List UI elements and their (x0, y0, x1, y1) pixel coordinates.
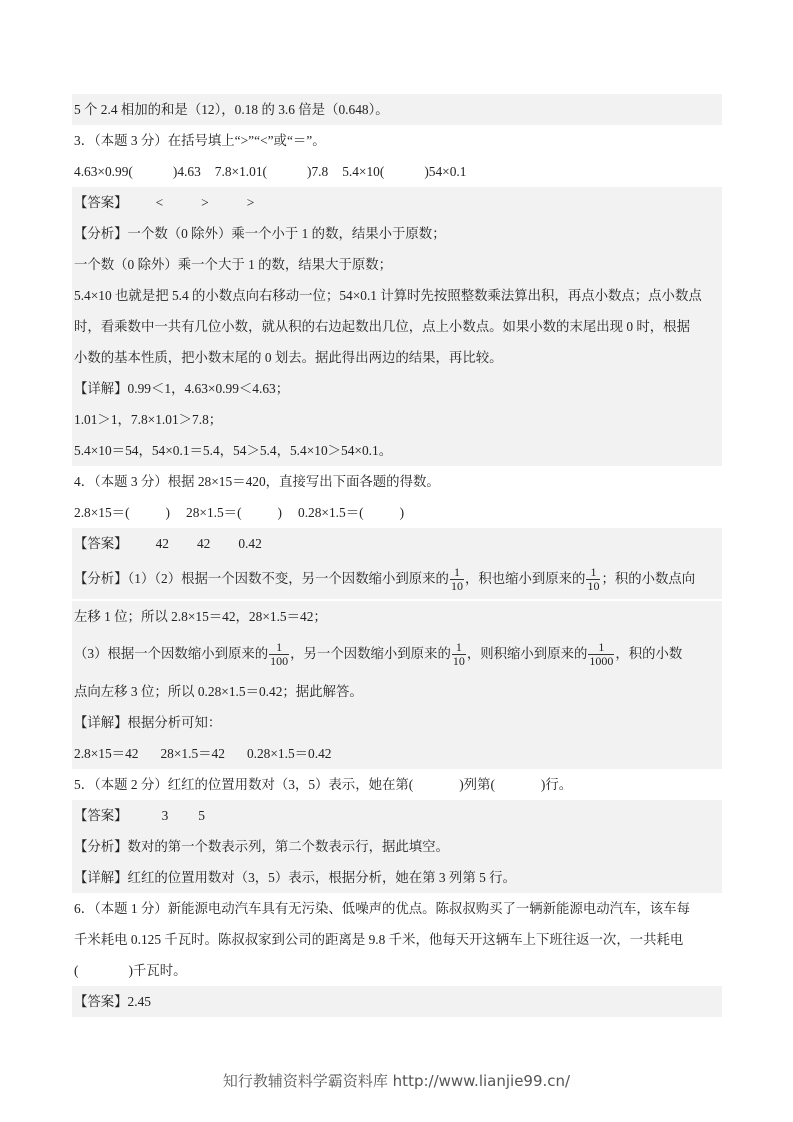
question-3-analysis-line: 小数的基本性质，把小数末尾的 0 划去。据此得出两边的结果，再比较。 (72, 342, 722, 373)
text: 0.28×1.5＝0.42 (247, 746, 332, 761)
question-4-detail-line: 2.8×15＝4228×1.5＝420.28×1.5＝0.42 (72, 738, 722, 769)
question-5-detail: 【详解】红红的位置用数对（3，5）表示，根据分析，她在第 3 列第 5 行。 (72, 862, 722, 893)
answer-label: 【答案】 (74, 536, 128, 551)
question-4-title: 4．（本题 3 分）根据 28×15＝420，直接写出下面各题的得数。 (72, 466, 722, 497)
q3-item: )7.8 (307, 164, 328, 179)
numerator: 1 (586, 566, 600, 580)
text: 2.8×15＝42 (74, 746, 138, 761)
text: 28×1.5＝42 (160, 746, 224, 761)
question-6-title-line: 6．（本题 1 分）新能源电动汽车具有无污染、低噪声的优点。陈叔叔购买了一辆新能… (72, 893, 722, 924)
text: 【分析】（1）（2）根据一个因数不变，另一个因数缩小到原来的 (74, 571, 449, 586)
answer-value: 42 (156, 536, 169, 551)
q4-item: ) (400, 505, 404, 520)
question-5-answer: 【答案】35 (72, 800, 722, 831)
answer-value: 3 (162, 808, 169, 823)
denominator: 10 (452, 655, 466, 668)
q3-item: 4.63×0.99( (74, 164, 133, 179)
numerator: 1 (450, 566, 464, 580)
answer-value: < (156, 195, 164, 210)
question-3-analysis-line: 5.4×10 也就是把 5.4 的小数点向右移动一位；54×0.1 计算时先按照… (72, 280, 722, 311)
fraction-1-10: 110 (450, 566, 464, 593)
question-4-answer: 【答案】42420.42 (72, 528, 722, 559)
q3-item: )54×0.1 (424, 164, 466, 179)
text: ，积的小数 (615, 646, 682, 661)
question-4-items: 2.8×15＝()28×1.5＝()0.28×1.5＝() (72, 497, 722, 528)
question-3-detail-line: 5.4×10＝54，54×0.1＝5.4，54＞5.4，5.4×10＞54×0.… (72, 435, 722, 466)
prev-answer-line: 5 个 2.4 相加的和是（12），0.18 的 3.6 倍是（0.648）。 (72, 94, 722, 125)
question-6-title-line: 千米耗电 0.125 千瓦时。陈叔叔家到公司的距离是 9.8 千米，他每天开这辆… (72, 924, 722, 955)
q4-item: 0.28×1.5＝( (298, 505, 364, 520)
text: ，另一个因数缩小到原来的 (290, 646, 451, 661)
numerator: 1 (269, 641, 289, 655)
denominator: 10 (586, 580, 600, 593)
document-page: 5 个 2.4 相加的和是（12），0.18 的 3.6 倍是（0.648）。 … (72, 94, 722, 1017)
denominator: 10 (450, 580, 464, 593)
text: ( (74, 963, 78, 978)
text: )千瓦时。 (128, 963, 186, 978)
question-4-analysis-line: （3）根据一个因数缩小到原来的1100，另一个因数缩小到原来的110，则积缩小到… (72, 632, 722, 676)
text: ，积也缩小到原来的 (465, 571, 586, 586)
question-3-analysis-line: 时，看乘数中一共有几位小数，就从积的右边起数出几位，点上小数点。如果小数的末尾出… (72, 311, 722, 342)
q3-item: )4.63 (173, 164, 201, 179)
question-6-answer: 【答案】2.45 (72, 986, 722, 1017)
q4-item: 28×1.5＝( (186, 505, 242, 520)
text: （3）根据一个因数缩小到原来的 (74, 646, 268, 661)
question-5-analysis: 【分析】数对的第一个数表示列，第二个数表示行，据此填空。 (72, 831, 722, 862)
question-4-analysis-line: 【分析】（1）（2）根据一个因数不变，另一个因数缩小到原来的110，积也缩小到原… (72, 559, 722, 599)
denominator: 100 (269, 655, 289, 668)
answer-value: 5 (198, 808, 205, 823)
footer-watermark: 知行教辅资料学霸资料库 http://www.lianjie99.cn/ (0, 1070, 793, 1091)
question-5-title: 5．（本题 2 分）红红的位置用数对（3，5）表示，她在第()列第()行。 (72, 769, 722, 800)
text: )列第( (459, 777, 495, 792)
q4-item: 2.8×15＝( (74, 505, 130, 520)
text: ；积的小数点向 (601, 571, 695, 586)
question-6-title-line: ()千瓦时。 (72, 955, 722, 986)
answer-label: 【答案】 (74, 195, 128, 210)
answer-value: 42 (197, 536, 210, 551)
answer-value: > (247, 195, 255, 210)
answer-value: 0.42 (238, 536, 261, 551)
q3-item: 5.4×10( (342, 164, 384, 179)
q4-item: ) (166, 505, 170, 520)
question-3-title: 3．（本题 3 分）在括号填上“>”“<”或“＝”。 (72, 125, 722, 156)
text: 5．（本题 2 分）红红的位置用数对（3，5）表示，她在第( (74, 777, 413, 792)
answer-value: > (201, 195, 209, 210)
answer-label: 【答案】 (74, 808, 128, 823)
q4-item: ) (278, 505, 282, 520)
text: )行。 (541, 777, 572, 792)
text: ，则积缩小到原来的 (467, 646, 588, 661)
question-4-detail-line: 【详解】根据分析可知： (72, 707, 722, 738)
q3-item: 7.8×1.01( (215, 164, 267, 179)
fraction-1-1000: 11000 (588, 641, 614, 668)
numerator: 1 (452, 641, 466, 655)
question-3-answer: 【答案】<>> (72, 187, 722, 218)
question-4-analysis-line: 左移 1 位；所以 2.8×15＝42，28×1.5＝42； (72, 599, 722, 632)
question-3-analysis-line: 【分析】一个数（0 除外）乘一个小于 1 的数，结果小于原数； (72, 218, 722, 249)
question-3-analysis-line: 一个数（0 除外）乘一个大于 1 的数，结果大于原数； (72, 249, 722, 280)
denominator: 1000 (588, 655, 614, 668)
fraction-1-10: 110 (452, 641, 466, 668)
question-3-detail-line: 1.01＞1，7.8×1.01＞7.8； (72, 404, 722, 435)
question-3-items: 4.63×0.99()4.637.8×1.01()7.85.4×10()54×0… (72, 156, 722, 187)
question-4-analysis-line: 点向左移 3 位；所以 0.28×1.5＝0.42；据此解答。 (72, 676, 722, 707)
numerator: 1 (588, 641, 614, 655)
question-3-detail-line: 【详解】0.99＜1，4.63×0.99＜4.63； (72, 373, 722, 404)
fraction-1-100: 1100 (269, 641, 289, 668)
fraction-1-10: 110 (586, 566, 600, 593)
